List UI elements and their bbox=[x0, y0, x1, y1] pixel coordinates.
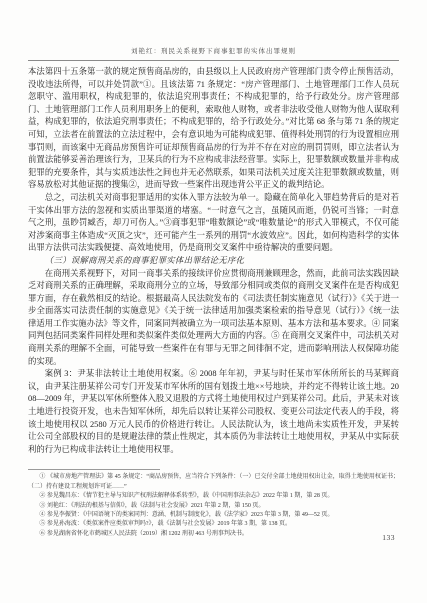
footnote: ④ 参见李振贤：《中国语境下的类案同判：意涵、机制与制度化》，载《法学家》202… bbox=[28, 511, 399, 520]
header-rule bbox=[28, 60, 399, 61]
body-text: 本法第四十五条第一款的规定预售商品房的，由县级以上人民政府房产管理部门责令停止预… bbox=[28, 66, 399, 456]
body-paragraph: 总之，司法机关对商事犯罪适用的实体入罪方法较为单一。隐藏在简单化入罪趋势背后的是… bbox=[28, 192, 399, 255]
page-number: 133 bbox=[382, 533, 395, 542]
running-header: 刘艳红：刑民关系视野下商事犯罪的实体出罪规则 bbox=[28, 46, 399, 55]
footnote: ⑥ 参见湖南省怀化市鹤城区人民法院（2019）湘 1202 刑初 463 号刑事… bbox=[28, 530, 399, 539]
document-page: 刘艳红：刑民关系视野下商事犯罪的实体出罪规则 本法第四十五条第一款的规定预售商品… bbox=[0, 0, 427, 603]
footnote: ⑤ 参见孙海波：《类似案件应类似审判吗?》，载《法制与社会发展》2019 年第 … bbox=[28, 520, 399, 529]
body-paragraph: 在商刑关系视野下，对同一商事关系的接续评价应贯彻商刑兼顾理念，然而，此前司法实践… bbox=[28, 268, 399, 369]
footnote: ① 《城市房地产管理法》第 45 条规定：“商品房预售，应当符合下列条件：（一）… bbox=[28, 473, 399, 492]
footnote: ② 参见魏昌东：《情节犯主导与知识产权刑法解释体系转型》，载《中国刑事法杂志》2… bbox=[28, 492, 399, 501]
body-paragraph: 本法第四十五条第一款的规定预售商品房的，由县级以上人民政府房产管理部门责令停止预… bbox=[28, 66, 399, 192]
footnote: ③ 刘艳红：《刑法的根基与信仰》，载《法制与社会发展》2021 年第 2 期，第… bbox=[28, 502, 399, 511]
section-heading: （三）误解商刑关系的商事犯罪实体出罪结论无序化 bbox=[28, 255, 399, 268]
footnote-rule bbox=[28, 469, 160, 470]
body-paragraph: 案例 3：尹某非法转让土地使用权案。⑥ 2008 年年初，尹某与时任某市军休所所… bbox=[28, 368, 399, 456]
footnote-block: ① 《城市房地产管理法》第 45 条规定：“商品房预售，应当符合下列条件：（一）… bbox=[28, 469, 399, 539]
